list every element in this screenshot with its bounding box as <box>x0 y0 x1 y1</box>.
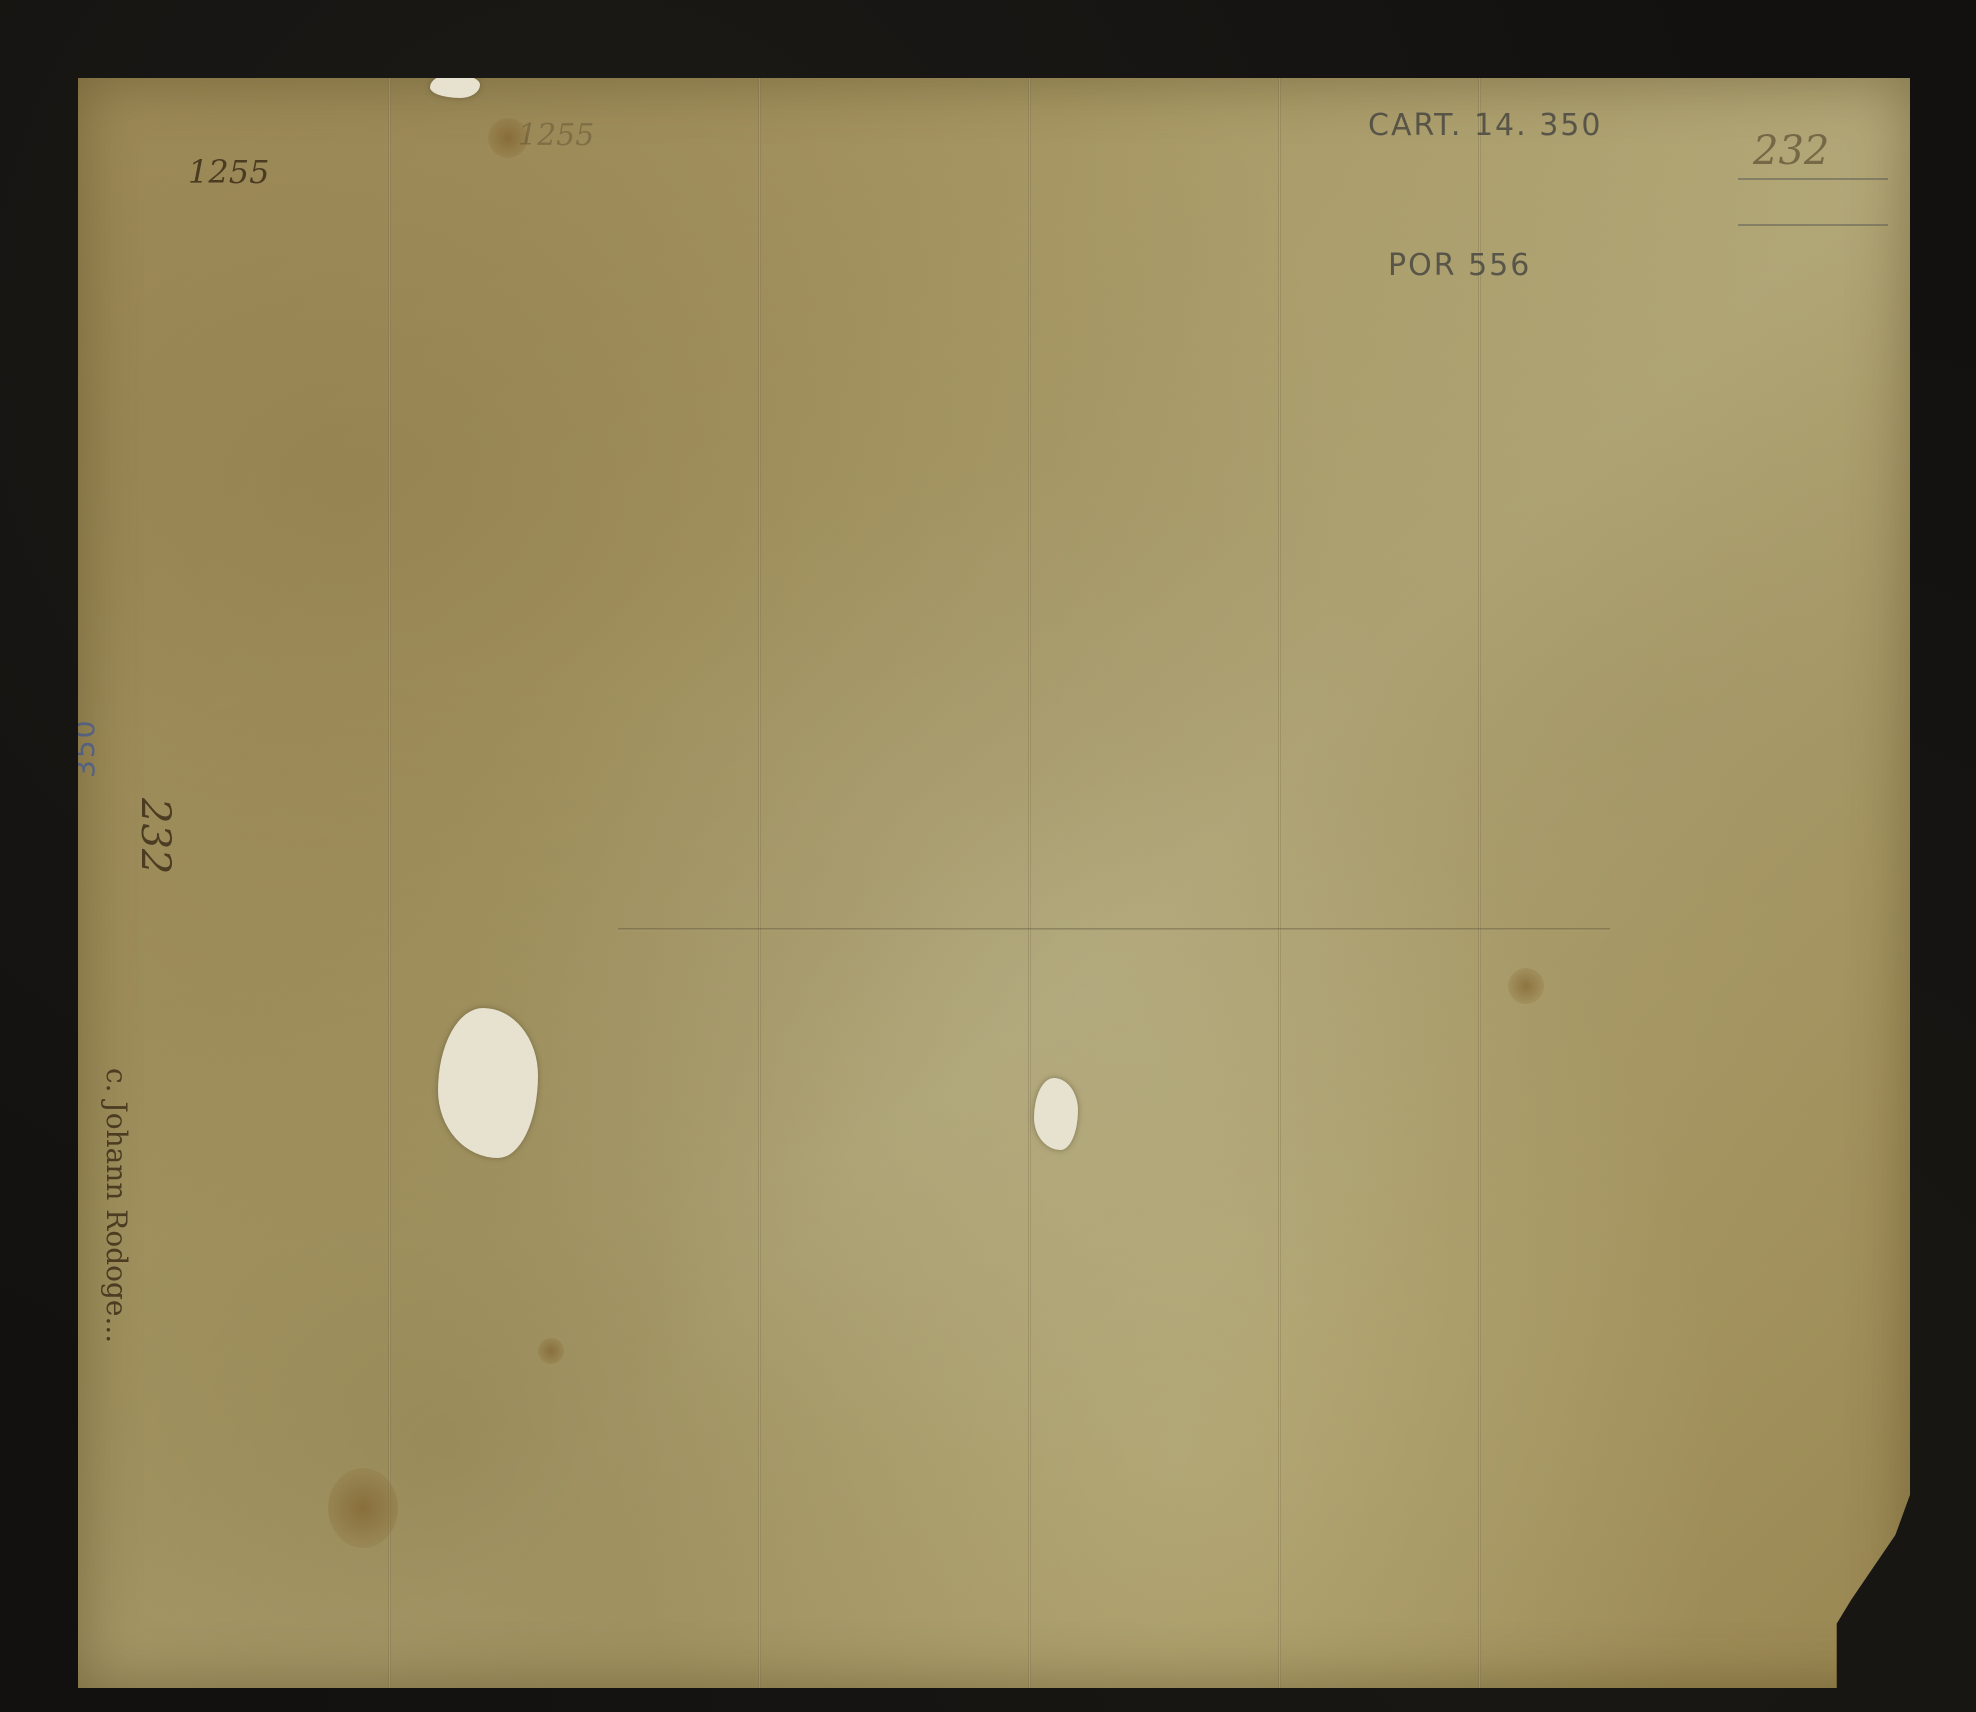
pencil-rule <box>1738 224 1888 226</box>
vertical-number-annotation: 232 <box>132 798 178 874</box>
horizontal-fold-line <box>618 928 1610 931</box>
stain <box>538 1338 564 1364</box>
parchment-hole <box>438 1008 538 1158</box>
medieval-endorsement: c. Johann Rodoge... <box>100 1068 133 1343</box>
vertical-fold-line <box>758 78 761 1688</box>
vertical-fold-line <box>1478 78 1481 1688</box>
parchment-hole <box>1034 1078 1078 1150</box>
pencil-rule <box>1738 178 1888 180</box>
shelfmark-annotation: CART. 14. 350 <box>1368 108 1602 143</box>
number-annotation: 232 <box>1753 128 1829 174</box>
vertical-fold-line <box>1028 78 1031 1688</box>
vertical-fold-line <box>1278 78 1281 1688</box>
parchment-sheet: 1255 1255 CART. 14. 350 POR 556 232 232 … <box>78 78 1910 1688</box>
stain <box>328 1468 398 1548</box>
vertical-fold-line <box>388 78 391 1688</box>
faint-date-annotation: 1255 <box>518 118 594 153</box>
date-annotation: 1255 <box>188 153 269 191</box>
stain <box>1508 968 1544 1004</box>
reference-annotation: POR 556 <box>1388 248 1531 283</box>
